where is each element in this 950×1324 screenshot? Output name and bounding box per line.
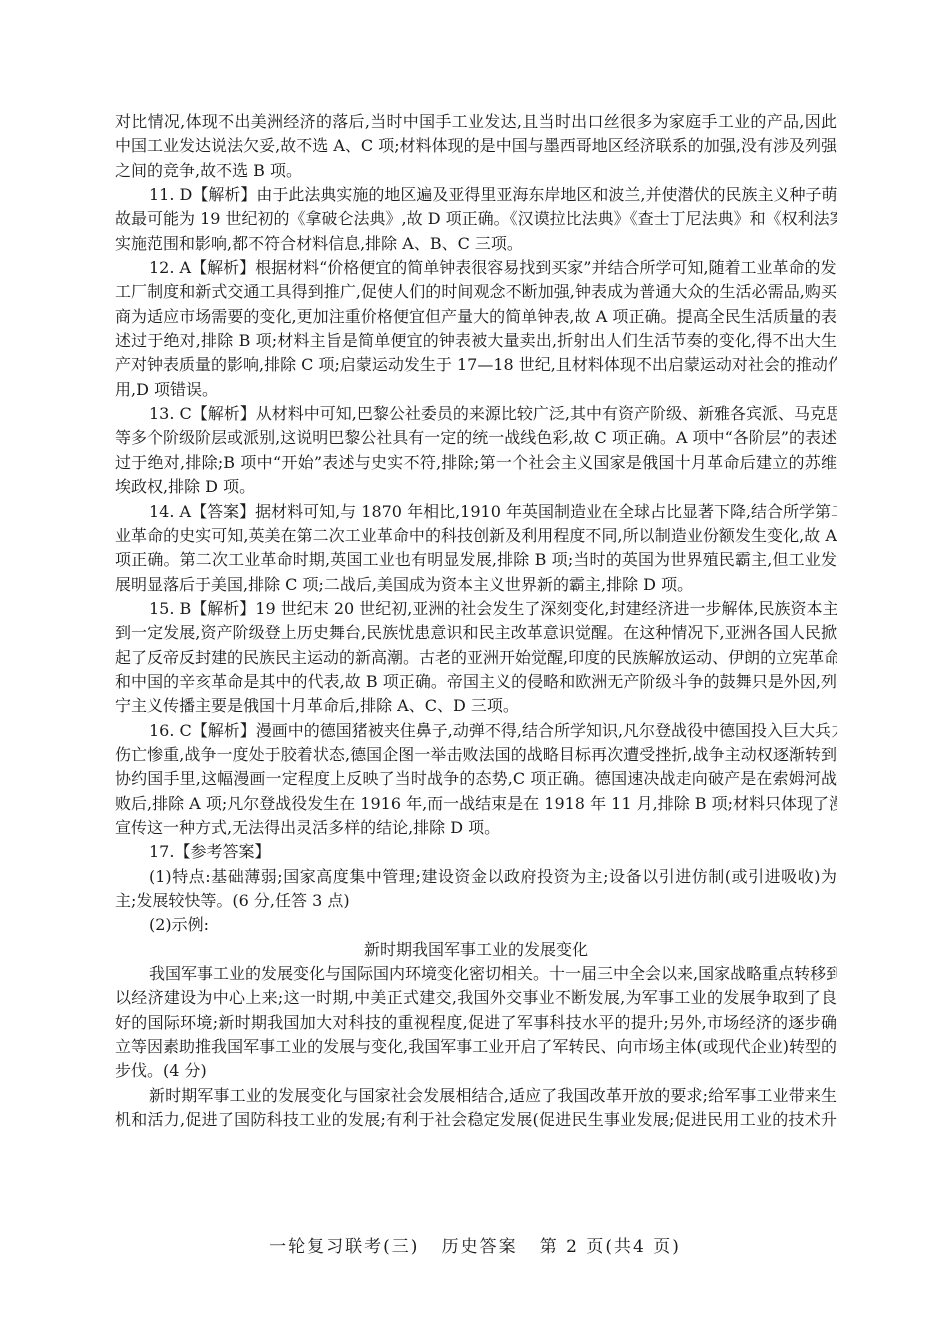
text-line: 17.【参考答案】 [115, 840, 837, 864]
text-line: 中国工业发达说法欠妥,故不选 A、C 项;材料体现的是中国与墨西哥地区经济联系的… [115, 134, 837, 158]
text-line: 伤亡惨重,战争一度处于胶着状态,德国企图一举击败法国的战略目标再次遭受挫折,战争… [115, 743, 837, 767]
text-line: 13. C【解析】从材料中可知,巴黎公社委员的来源比较广泛,其中有资产阶级、新雅… [115, 402, 837, 426]
text-line: 主;发展较快等。(6 分,任答 3 点) [115, 889, 837, 913]
text-line: 步伐。(4 分) [115, 1059, 837, 1083]
text-line: 故最可能为 19 世纪初的《拿破仑法典》,故 D 项正确。《汉谟拉比法典》《查士… [115, 207, 837, 231]
text-line: 好的国际环境;新时期我国加大对科技的重视程度,促进了军事科技水平的提升;另外,市… [115, 1011, 837, 1035]
text-line: 商为适应市场需要的变化,更加注重价格便宜但产量大的简单钟表,故 A 项正确。提高… [115, 305, 837, 329]
text-line: 起了反帝反封建的民族民主运动的新高潮。古老的亚洲开始觉醒,印度的民族解放运动、伊… [115, 646, 837, 670]
text-line: 和中国的辛亥革命是其中的代表,故 B 项正确。帝国主义的侵略和欧洲无产阶级斗争的… [115, 670, 837, 694]
answer-text-body: 对比情况,体现不出美洲经济的落后,当时中国手工业发达,且当时出口丝很多为家庭手工… [115, 110, 837, 1132]
text-line: 15. B【解析】19 世纪末 20 世纪初,亚洲的社会发生了深刻变化,封建经济… [115, 597, 837, 621]
text-line: 宁主义传播主要是俄国十月革命后,排除 A、C、D 三项。 [115, 694, 837, 718]
document-page: 对比情况,体现不出美洲经济的落后,当时中国手工业发达,且当时出口丝很多为家庭手工… [0, 0, 950, 1324]
text-line: 以经济建设为中心上来;这一时期,中美正式建交,我国外交事业不断发展,为军事工业的… [115, 986, 837, 1010]
text-line: 工厂制度和新式交通工具得到推广,促使人们的时间观念不断加强,钟表成为普通大众的生… [115, 280, 837, 304]
text-line: 对比情况,体现不出美洲经济的落后,当时中国手工业发达,且当时出口丝很多为家庭手工… [115, 110, 837, 134]
text-line: (1)特点:基础薄弱;国家高度集中管理;建设资金以政府投资为主;设备以引进仿制(… [115, 865, 837, 889]
text-line: 16. C【解析】漫画中的德国猪被夹住鼻子,动弹不得,结合所学知识,凡尔登战役中… [115, 719, 837, 743]
section-title: 新时期我国军事工业的发展变化 [115, 938, 837, 962]
text-line: 14. A【答案】据材料可知,与 1870 年相比,1910 年英国制造业在全球… [115, 500, 837, 524]
text-line: 述过于绝对,排除 B 项;材料主旨是简单便宜的钟表被大量卖出,折射出人们生活节奏… [115, 329, 837, 353]
text-line: (2)示例: [115, 913, 837, 937]
text-line: 宣传这一种方式,无法得出灵活多样的结论,排除 D 项。 [115, 816, 837, 840]
text-line: 机和活力,促进了国防科技工业的发展;有利于社会稳定发展(促进民生事业发展;促进民… [115, 1108, 837, 1132]
text-line: 过于绝对,排除;B 项中“开始”表述与史实不符,排除;第一个社会主义国家是俄国十… [115, 451, 837, 475]
text-line: 业革命的史实可知,英美在第二次工业革命中的科技创新及利用程度不同,所以制造业份额… [115, 524, 837, 548]
text-line: 12. A【解析】根据材料“价格便宜的简单钟表很容易找到买家”并结合所学可知,随… [115, 256, 837, 280]
text-line: 产对钟表质量的影响,排除 C 项;启蒙运动发生于 17—18 世纪,且材料体现不… [115, 353, 837, 377]
text-line: 用,D 项错误。 [115, 378, 837, 402]
page-footer: 一轮复习联考(三) 历史答案 第 2 页(共4 页) [0, 1232, 950, 1257]
text-line: 新时期军事工业的发展变化与国家社会发展相结合,适应了我国改革开放的要求;给军事工… [115, 1084, 837, 1108]
text-line: 我国军事工业的发展变化与国际国内环境变化密切相关。十一届三中全会以来,国家战略重… [115, 962, 837, 986]
text-line: 实施范围和影响,都不符合材料信息,排除 A、B、C 三项。 [115, 232, 837, 256]
text-line: 等多个阶级阶层或派别,这说明巴黎公社具有一定的统一战线色彩,故 C 项正确。A … [115, 426, 837, 450]
text-line: 埃政权,排除 D 项。 [115, 475, 837, 499]
text-line: 败后,排除 A 项;凡尔登战役发生在 1916 年,而一战结束是在 1918 年… [115, 792, 837, 816]
text-line: 之间的竞争,故不选 B 项。 [115, 159, 837, 183]
text-line: 立等因素助推我国军事工业的发展与变化,我国军事工业开启了军转民、向市场主体(或现… [115, 1035, 837, 1059]
text-line: 11. D【解析】由于此法典实施的地区遍及亚得里亚海东岸地区和波兰,并使潜伏的民… [115, 183, 837, 207]
text-line: 到一定发展,资产阶级登上历史舞台,民族忧患意识和民主改革意识觉醒。在这种情况下,… [115, 621, 837, 645]
text-line: 展明显落后于美国,排除 C 项;二战后,美国成为资本主义世界新的霸主,排除 D … [115, 573, 837, 597]
text-line: 协约国手里,这幅漫画一定程度上反映了当时战争的态势,C 项正确。德国速决战走向破… [115, 767, 837, 791]
text-line: 项正确。第二次工业革命时期,英国工业也有明显发展,排除 B 项;当时的英国为世界… [115, 548, 837, 572]
